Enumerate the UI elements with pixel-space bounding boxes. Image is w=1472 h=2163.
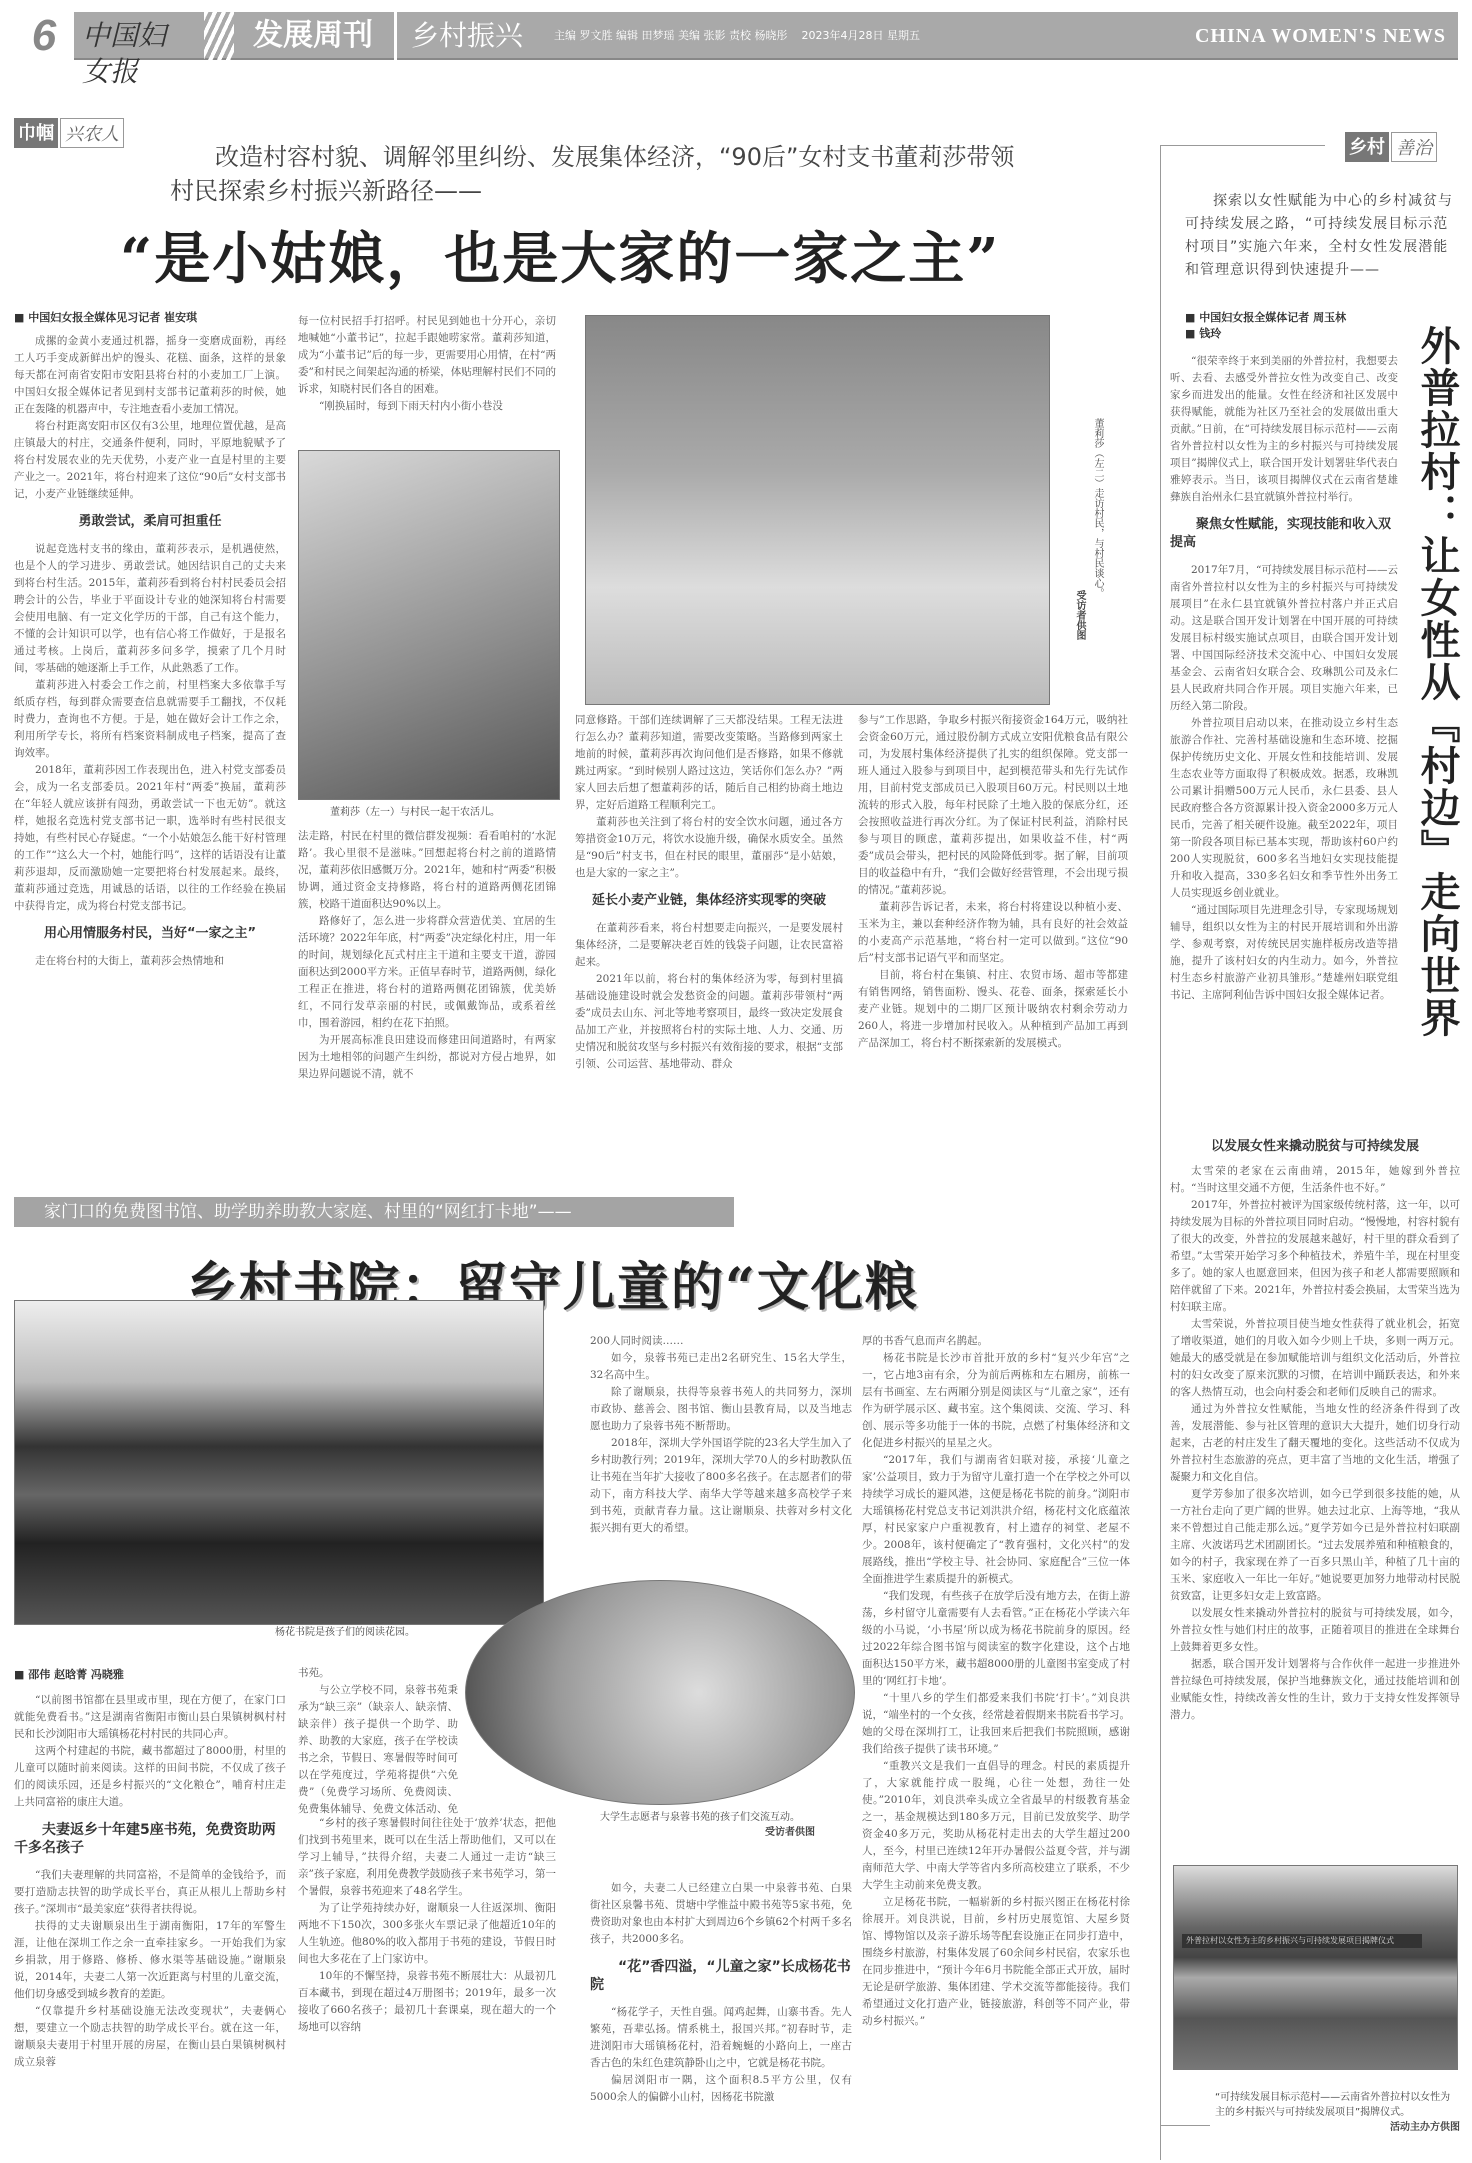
paragraph: 2018年，深圳大学外国语学院的23名大学生加入了乡村助教行列；2019年，深圳… [590, 1435, 852, 1537]
paragraph: 为开展高标准良田建设而修建田间道路时，有两家因为土地相邻的问题产生纠纷，都说对方… [298, 1032, 556, 1083]
story3-byline-2: 钱玲 [1185, 326, 1221, 342]
paragraph: 法走路，村民在村里的微信群发视频：看看咱村的‘水泥路’。我心里很不是滋味。”回想… [298, 828, 556, 913]
masthead: 6 中国妇女报 发展周刊 乡村振兴 主编 罗文胜 编辑 田梦瑶 美编 张影 责校… [14, 12, 1458, 60]
tag-b: 兴农人 [60, 118, 124, 148]
editor-credits: 主编 罗文胜 编辑 田梦瑶 美编 张影 责校 杨晓彤 2023年4月28日 星期… [554, 12, 920, 60]
story2-column-2-top: 书苑。 与公立学校不同，泉蓉书苑秉承为“缺三亲”（缺亲人、缺亲情、缺亲伴）孩子提… [298, 1665, 458, 1815]
story1-column-2-bottom: 法走路，村民在村里的微信群发视频：看看咱村的‘水泥路’。我心里很不是滋味。”回想… [298, 828, 556, 1188]
divider [1160, 145, 1161, 2160]
paragraph: 如今，泉蓉书苑已走出2名研究生、15名大学生，32名高中生。 [590, 1350, 852, 1384]
paragraph: 每一位村民招手打招呼。村民见到她也十分开心，亲切地喊她“小董书记”，拉起手跟她唠… [298, 313, 556, 398]
photo2-credit: 受访者供图 [1072, 590, 1087, 640]
english-name: CHINA WOMEN'S NEWS [1195, 12, 1446, 60]
photo-banner: 外普拉村以女性为主的乡村振兴与可持续发展项目揭牌仪式 [1182, 1934, 1422, 1948]
kicker-line-2: 村民探索乡村振兴新路径—— [170, 174, 1015, 208]
paragraph: 董莉莎进入村委会工作之前，村里档案大多依靠手写纸质存档，每到群众需要查信息就需要… [14, 677, 286, 762]
paragraph: 10年的不懈坚持，泉蓉书苑不断展壮大：从最初几百本藏书，到现在超过4万册图书；2… [298, 1968, 556, 2036]
photo-unveiling-ceremony: 外普拉村以女性为主的乡村振兴与可持续发展项目揭牌仪式 [1173, 1865, 1458, 2070]
paragraph: “仅靠提升乡村基础设施无法改变现状”，夫妻俩心想，要建立一个励志扶智的助学成长平… [14, 2003, 286, 2071]
paragraph: 通过为外普拉女性赋能，当地女性的经济条件得到了改善，发展潜能、参与社区管理的意识… [1170, 1401, 1460, 1486]
story2-column-1: “以前图书馆都在县里或市里，现在方便了，在家门口就能免费看书。”这是湖南省衡阳市… [14, 1692, 286, 2162]
story3-column-main: “很荣幸终于来到美丽的外普拉村，我想要去听、去看、去感受外普拉女性为改变自己、改… [1170, 353, 1398, 1173]
story2-column-3-top: 200人同时阅读…… 如今，泉蓉书苑已走出2名研究生、15名大学生，32名高中生… [590, 1333, 852, 1578]
subheading: 用心用情服务村民，当好“一家之主” [14, 925, 286, 943]
subheading: 勇敢尝试，柔肩可担重任 [14, 513, 286, 531]
paragraph: “很荣幸终于来到美丽的外普拉村，我想要去听、去看、去感受外普拉女性为改变自己、改… [1170, 353, 1398, 506]
column-tag: 乡村 善治 [1345, 132, 1437, 162]
paragraph: 夏学芳参加了很多次培训，如今已学到很多技能的她，从一方社台走向了更广阔的世界。她… [1170, 1486, 1460, 1605]
photo1-caption: 董莉莎（左一）与村民一起干农活儿。 [330, 805, 500, 820]
paragraph: 扶得的丈夫谢顺泉出生于湖南衡阳，17年的军警生涯，让他在深圳工作之余一直牵挂家乡… [14, 1918, 286, 2003]
story2-byline: 邵伟 赵晗菁 冯晓雅 [14, 1667, 124, 1683]
paragraph: 如今，夫妻二人已经建立白果一中泉蓉书苑、白果街社区泉馨书苑、贯塘中学惟益中殿书苑… [590, 1880, 852, 1948]
paragraph: 与公立学校不同，泉蓉书苑秉承为“缺三亲”（缺亲人、缺亲情、缺亲伴）孩子提供一个助… [298, 1682, 458, 1815]
story1-kicker: 改造村容村貌、调解邻里纠纷、发展集体经济，“90后”女村支书董莉莎带领 村民探索… [215, 140, 1015, 208]
caption-text: “可持续发展目标示范村——云南省外普拉村以女性为主的乡村振兴与可持续发展项目”揭… [1215, 2092, 1450, 2118]
paragraph: 杨花书院是长沙市首批开放的乡村“复兴少年宫”之一，它占地3亩有余，分为前后两栋和… [862, 1350, 1130, 1452]
paragraph: 2017年，外普拉村被评为国家级传统村落，这一年，以可持续发展为目标的外普拉项目… [1170, 1197, 1460, 1316]
paragraph: 为了让学苑持续办好，谢顺泉一人往返深圳、衡阳两地不下150次，300多张火车票记… [298, 1900, 556, 1968]
paragraph: “刚换届时，每到下雨天村内小街小巷没 [298, 398, 556, 415]
story1-column-4: 参与”工作思路，争取乡村振兴衔接资金164万元，吸纳社会资金60万元，通过股份制… [858, 712, 1128, 1190]
tag-a: 乡村 [1345, 132, 1389, 162]
photo-volunteers-children [465, 1580, 855, 1805]
tag-a: 巾帼 [14, 118, 58, 148]
story2-column-2-bottom: “乡村的孩子寒暑假时间往往处于‘放养’状态，把他们找到书苑里来，既可以在生活上帮… [298, 1815, 556, 2162]
caption-credit: 受访者供图 [765, 1825, 815, 1840]
paper-logo: 中国妇女报 [82, 18, 192, 54]
story3-headline: 外普拉村：让女性从『村边』走向世界 [1413, 325, 1461, 1045]
paragraph: 2018年，董莉莎因工作表现出色，进入村党支部委员会，成为一名支部委员。2021… [14, 762, 286, 915]
paragraph: 董莉莎也关注到了将台村的安全饮水问题，通过各方筹措资金10万元，将饮水设施升级，… [575, 814, 843, 882]
issue-date: 2023年4月28日 星期五 [801, 29, 920, 42]
paragraph: 外普拉项目启动以来，在推动设立乡村生态旅游合作社、完善村基础设施和生态环境、挖掘… [1170, 715, 1398, 902]
paragraph: 2017年7月，“可持续发展目标示范村——云南省外普拉村以女性为主的乡村振兴与可… [1170, 562, 1398, 715]
story2-photo2-caption: 大学生志愿者与泉蓉书苑的孩子们交流互动。 受访者供图 [600, 1810, 815, 1840]
story3-subheading-2: 以发展女性来撬动脱贫与可持续发展 [1170, 1138, 1460, 1156]
subheading: 延长小麦产业链，集体经济实现零的突破 [575, 892, 843, 910]
photo-yanghua-academy [14, 1300, 544, 1625]
paragraph: 目前，将台村在集镇、村庄、农贸市场、超市等都建有销售网络，销售面粉、馒头、花卷、… [858, 967, 1128, 1052]
paragraph: “重教兴文是我们一直倡导的理念。村民的素质提升了，大家就能拧成一股绳，心往一处想… [862, 1758, 1130, 1894]
paragraph: 同意修路。干部们连续调解了三天都没结果。工程无法进行怎么办？董莉莎知道，需要改变… [575, 712, 843, 814]
paragraph: “通过国际项目先进理念引导，专家现场规划辅导，组织以女性为主的村民开展培训和外出… [1170, 902, 1398, 1004]
paragraph: 太雪荣的老家在云南曲靖，2015年，她嫁到外普拉村。“当时这里交通不方便，生活条… [1170, 1163, 1460, 1197]
caption-text: 大学生志愿者与泉蓉书苑的孩子们交流互动。 [600, 1812, 800, 1823]
paragraph: 将台村距离安阳市区仅有3公里，地理位置优越，是高庄镇最大的村庄，交通条件便利，同… [14, 418, 286, 503]
photo-farm-work [298, 450, 560, 800]
paragraph: “十里八乡的学生们都爱来我们书院‘打卡’。”刘良洪说，“端坐村的一个女孩，经常趁… [862, 1690, 1130, 1758]
paragraph: 厚的书香气息而声名鹊起。 [862, 1333, 1130, 1350]
paragraph: 书苑。 [298, 1665, 458, 1682]
paragraph: 以发展女性来撬动外普拉村的脱贫与可持续发展，如今，外普拉女性与她们村庄的故事，正… [1170, 1605, 1460, 1656]
paragraph: “乡村的孩子寒暑假时间往往处于‘放养’状态，把他们找到书苑里来，既可以在生活上帮… [298, 1815, 556, 1900]
divider [1160, 145, 1325, 146]
paragraph: 路修好了，怎么进一步将群众营造优美、宜居的生活环境？2022年年底，村“两委”决… [298, 913, 556, 1032]
paragraph: “以前图书馆都在县里或市里，现在方便了，在家门口就能免费看书。”这是湖南省衡阳市… [14, 1692, 286, 1743]
story3-byline-1: 中国妇女报全媒体记者 周玉林 [1185, 310, 1346, 326]
subsection-title: 乡村振兴 [394, 12, 544, 60]
story1-headline: “是小姑娘，也是大家的一家之主” [120, 215, 1020, 295]
paragraph: 太雪荣说，外普拉项目使当地女性获得了就业机会，拓宽了增收渠道，她们的月收入如今少… [1170, 1316, 1460, 1401]
paragraph: 据悉，联合国开发计划署将与合作伙伴一起进一步推进外普拉绿色可持续发展，保护当地彝… [1170, 1656, 1460, 1724]
story1-column-1: 成摞的金黄小麦通过机器，摇身一变磨成面粉，再经工人巧手变成新鲜出炉的馒头、花糕、… [14, 333, 286, 1188]
subheading: “花”香四溢，“儿童之家”长成杨花书院 [590, 1958, 852, 1994]
paragraph: 除了谢顺泉，扶得等泉蓉书苑人的共同努力，深圳市政协、慈善会、图书馆、衡山县教育局… [590, 1384, 852, 1435]
paragraph: 董莉莎告诉记者，未来，将台村将建设以种植小麦、玉米为主，兼以套种经济作物为辅，具… [858, 899, 1128, 967]
subheading: 聚焦女性赋能，实现技能和收入双提高 [1170, 516, 1398, 552]
paragraph: “我们夫妻理解的共同富裕，不是简单的金钱给予，而要打造励志扶智的助学成长平台，真… [14, 1867, 286, 1918]
story3-kicker: 探索以女性赋能为中心的乡村减贫与可持续发展之路，“可持续发展目标示范村项目”实施… [1185, 190, 1460, 282]
tag-b: 善治 [1391, 132, 1437, 162]
story2-kicker-bar: 家门口的免费图书馆、助学助养助教大家庭、村里的“网红打卡地”—— [14, 1197, 734, 1227]
paragraph: 这两个村建起的书院，藏书都超过了8000册，村里的儿童可以随时前来阅读。这样的田… [14, 1743, 286, 1811]
paragraph: “我们发现，有些孩子在放学后没有地方去，在街上游荡，乡村留守儿童需要有人去看管。… [862, 1588, 1130, 1690]
paragraph: 在董莉莎看来，将台村想要走向振兴，一是要发展村集体经济，二是要解决老百姓的钱袋子… [575, 920, 843, 971]
story1-column-3: 同意修路。干部们连续调解了三天都没结果。工程无法进行怎么办？董莉莎知道，需要改变… [575, 712, 843, 1190]
paragraph: 立足杨花书院，一幅崭新的乡村振兴图正在杨花村徐徐展开。刘良洪说，目前，乡村历史展… [862, 1894, 1130, 2030]
story1-byline: 中国妇女报全媒体见习记者 崔安琪 [14, 310, 197, 326]
section-title: 发展周刊 [239, 12, 389, 60]
credits: 主编 罗文胜 编辑 田梦瑶 美编 张影 责校 杨晓彤 [554, 29, 787, 42]
story3-column-lower: 太雪荣的老家在云南曲靖，2015年，她嫁到外普拉村。“当时这里交通不方便，生活条… [1170, 1163, 1460, 1853]
page-number: 6 [14, 12, 74, 60]
paragraph: 参与”工作思路，争取乡村振兴衔接资金164万元，吸纳社会资金60万元，通过股份制… [858, 712, 1128, 899]
paragraph: 成摞的金黄小麦通过机器，摇身一变磨成面粉，再经工人巧手变成新鲜出炉的馒头、花糕、… [14, 333, 286, 418]
paragraph: “杨花学子，天性自强。闻鸡起舞，山寨书香。先人繁苑，吾辈弘扬。情系桃土，报国兴邦… [590, 2004, 852, 2072]
story1-column-2-top: 每一位村民招手打招呼。村民见到她也十分开心，亲切地喊她“小董书记”，拉起手跟她唠… [298, 313, 556, 433]
subheading: 夫妻返乡十年建5座书苑，免费资助两千多名孩子 [14, 1821, 286, 1857]
kicker-line-1: 改造村容村貌、调解邻里纠纷、发展集体经济，“90后”女村支书董莉莎带领 [215, 140, 1015, 174]
story3-photo-caption: “可持续发展目标示范村——云南省外普拉村以女性为主的乡村振兴与可持续发展项目”揭… [1215, 2090, 1460, 2135]
photo-home-visit [585, 315, 1050, 705]
paragraph: 走在将台村的大街上，董莉莎会热情地和 [14, 953, 286, 970]
column-tag: 巾帼 兴农人 [14, 118, 124, 148]
story2-photo1-caption: 杨花书院是孩子们的阅读花园。 [275, 1625, 415, 1640]
paragraph: 200人同时阅读…… [590, 1333, 852, 1350]
paragraph: 2021年以前，将台村的集体经济为零，每到村里搞基础设施建设时就会发愁资金的问题… [575, 971, 843, 1073]
story2-column-3-bottom: 如今，夫妻二人已经建立白果一中泉蓉书苑、白果街社区泉馨书苑、贯塘中学惟益中殿书苑… [590, 1880, 852, 2162]
photo2-caption: 董莉莎（左二）走访村民，与村民谈心。 [1090, 418, 1105, 648]
slash-decoration [204, 12, 234, 60]
paragraph: 偏居浏阳市一隅，这个面积8.5平方公里，仅有5000余人的偏僻小山村，因杨花书院… [590, 2072, 852, 2106]
story2-column-4: 厚的书香气息而声名鹊起。 杨花书院是长沙市首批开放的乡村“复兴少年宫”之一，它占… [862, 1333, 1130, 2162]
divider [1160, 2125, 1210, 2126]
caption-credit: 活动主办方供图 [1390, 2120, 1460, 2135]
paragraph: 说起竞选村支书的缘由，董莉莎表示，是机遇使然，也是个人的学习进步、勇敢尝试。她因… [14, 541, 286, 677]
paragraph: “2017年，我们与湖南省妇联对接，承接‘儿童之家’公益项目，致力于为留守儿童打… [862, 1452, 1130, 1588]
